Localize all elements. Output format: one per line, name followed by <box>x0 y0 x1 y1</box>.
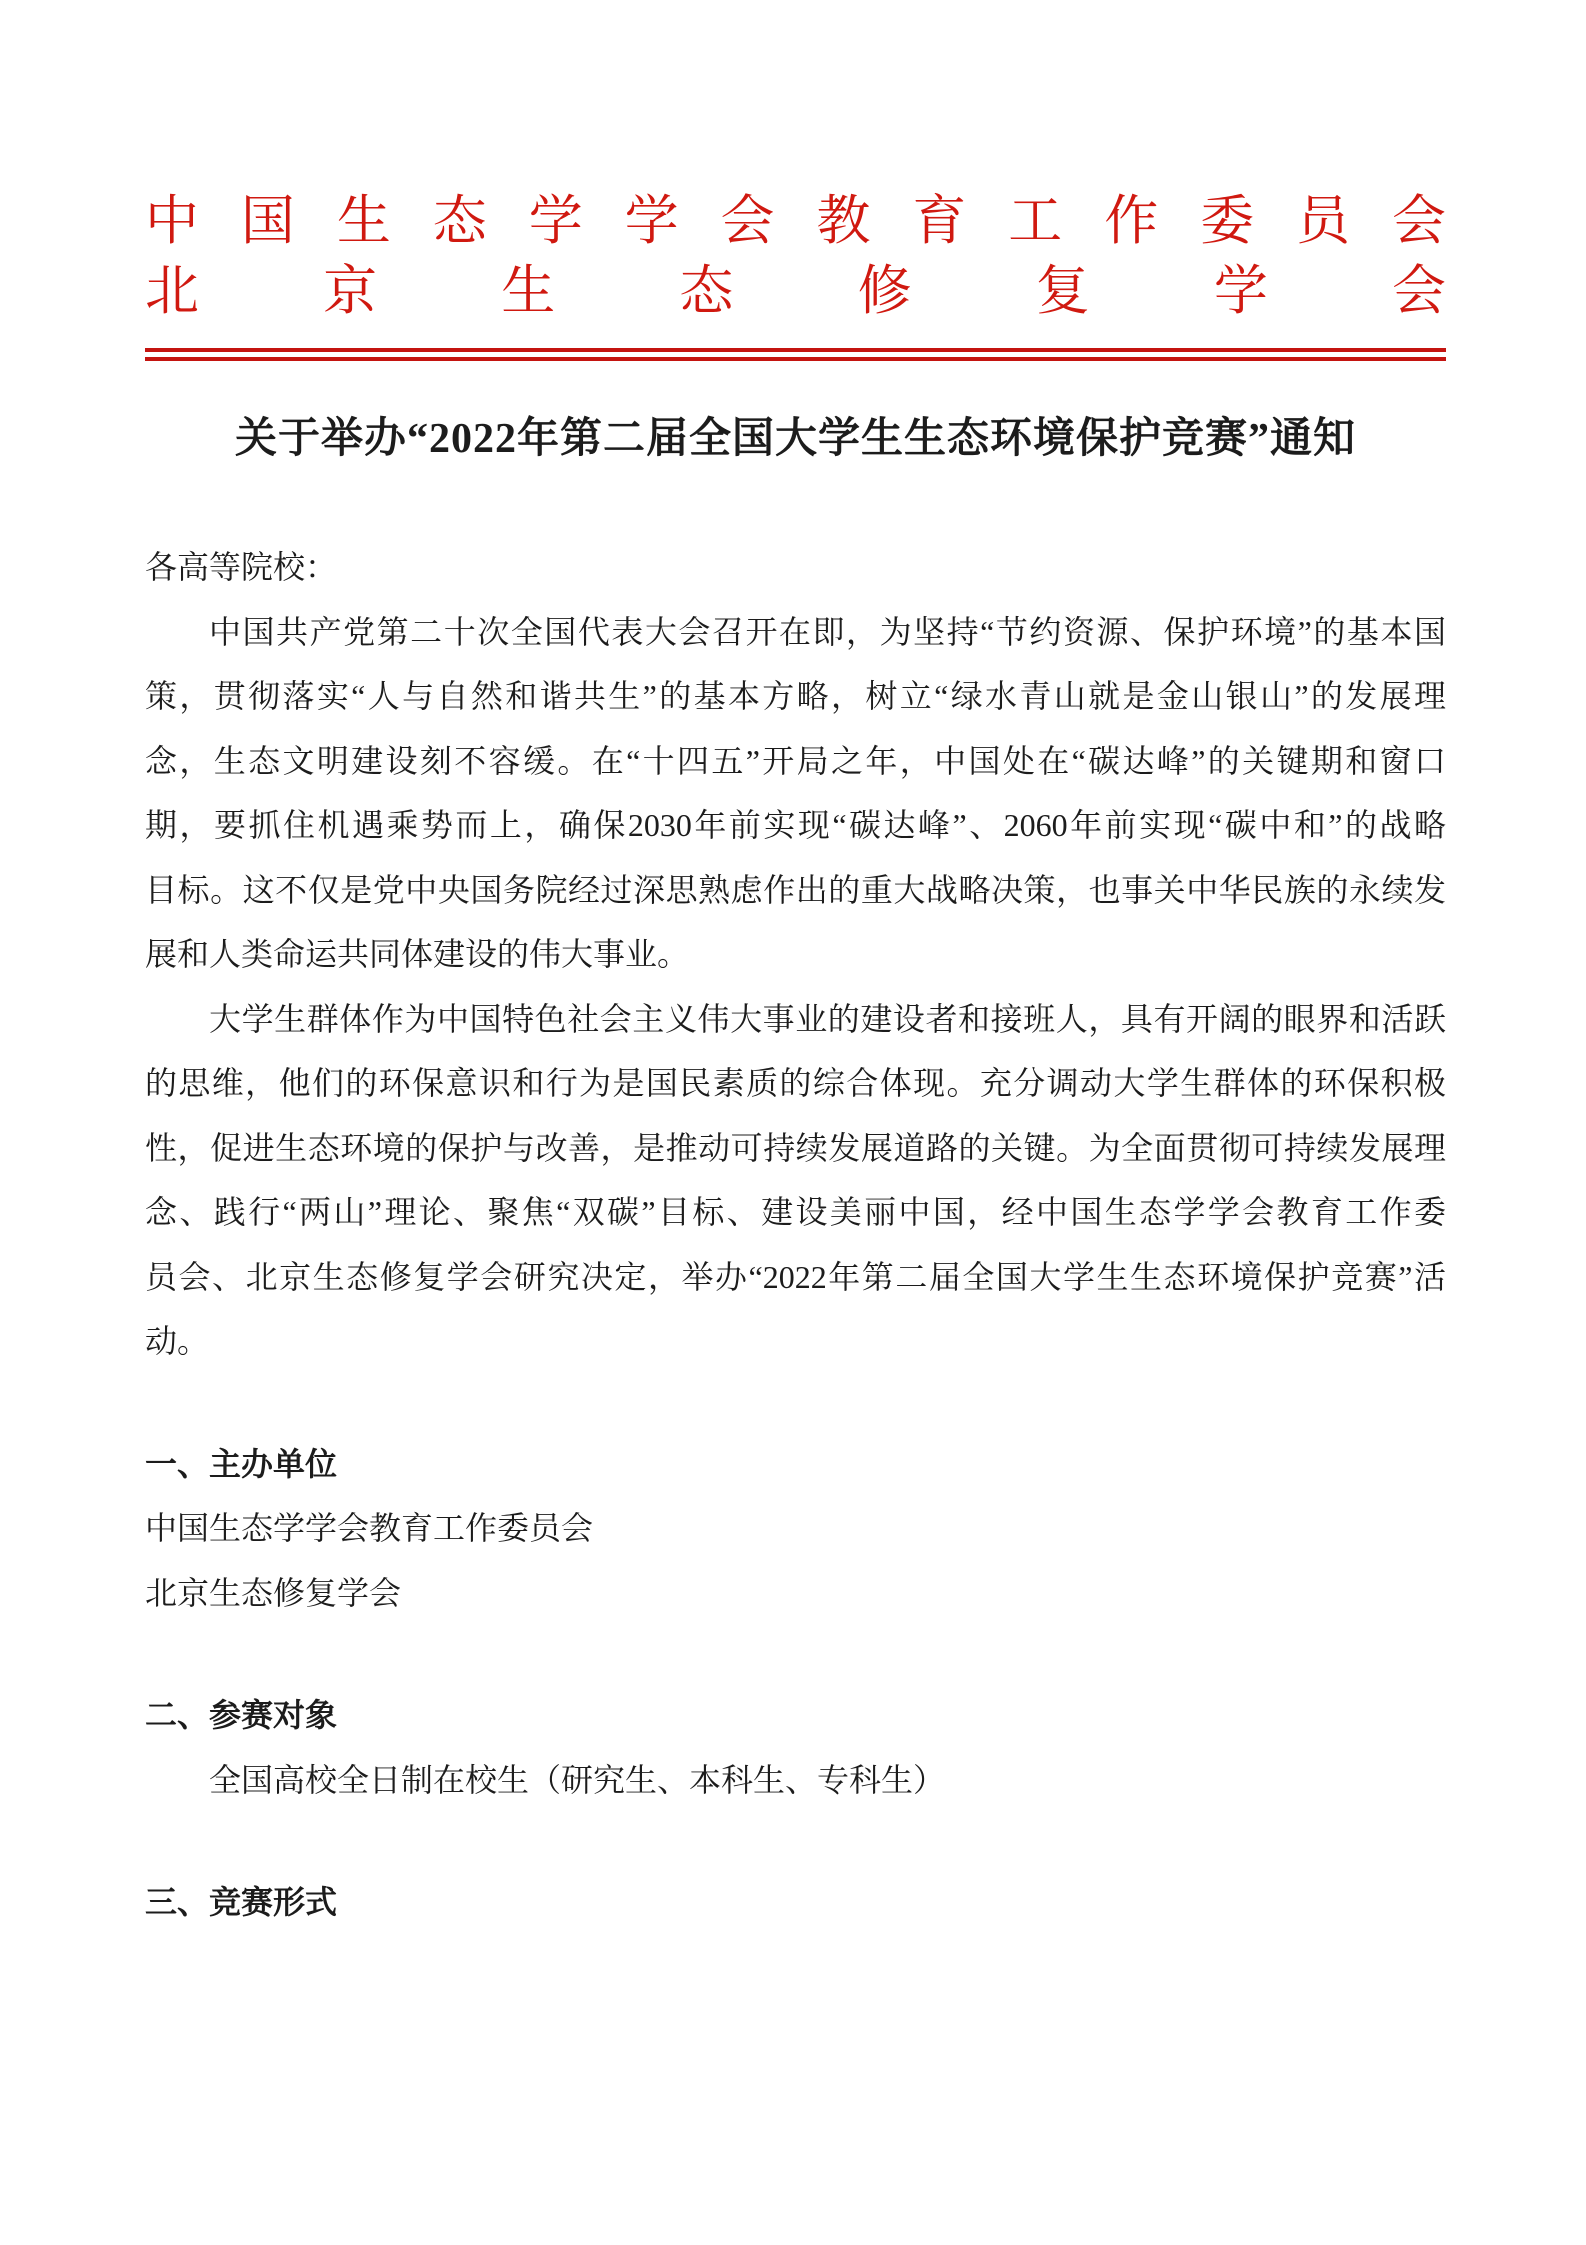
body-line: 目标。这不仅是党中央国务院经过深思熟虑作出的重大战略决策，也事关中华民族的永续发 <box>145 858 1446 923</box>
letterhead: 中国生态学学会教育工作委员会 北京生态修复学会 <box>145 186 1446 361</box>
body-line: 的思维，他们的环保意识和行为是国民素质的综合体现。充分调动大学生群体的环保积极 <box>145 1051 1446 1116</box>
body-line: 念，生态文明建设刻不容缓。在“十四五”开局之年，中国处在“碳达峰”的关键期和窗口 <box>145 729 1446 794</box>
body-line: 大学生群体作为中国特色社会主义伟大事业的建设者和接班人，具有开阔的眼界和活跃 <box>145 987 1446 1052</box>
letterhead-double-rule <box>145 348 1446 361</box>
section-competition-format: 三、竞赛形式 <box>145 1870 1446 1935</box>
body-line: 策，贯彻落实“人与自然和谐共生”的基本方略，树立“绿水青山就是金山银山”的发展理 <box>145 664 1446 729</box>
salutation: 各高等院校： <box>145 535 1446 600</box>
section-line: 北京生态修复学会 <box>145 1561 1446 1626</box>
section-line: 中国生态学学会教育工作委员会 <box>145 1496 1446 1561</box>
body-line: 性，促进生态环境的保护与改善，是推动可持续发展道路的关键。为全面贯彻可持续发展理 <box>145 1116 1446 1181</box>
document-page: 中国生态学学会教育工作委员会 北京生态修复学会 关于举办“2022年第二届全国大… <box>0 0 1586 2245</box>
section-heading: 二、参赛对象 <box>145 1683 1446 1748</box>
body-paragraph-1: 中国共产党第二十次全国代表大会召开在即，为坚持“节约资源、保护环境”的基本国 策… <box>145 600 1446 987</box>
section-heading: 一、主办单位 <box>145 1432 1446 1497</box>
body-line: 员会、北京生态修复学会研究决定，举办“2022年第二届全国大学生生态环境保护竞赛… <box>145 1245 1446 1310</box>
body-line: 念、践行“两山”理论、聚焦“双碳”目标、建设美丽中国，经中国生态学学会教育工作委 <box>145 1180 1446 1245</box>
letterhead-org-line-1: 中国生态学学会教育工作委员会 <box>145 186 1446 256</box>
section-line: 全国高校全日制在校生（研究生、本科生、专科生） <box>145 1748 1446 1813</box>
document-title: 关于举办“2022年第二届全国大学生生态环境保护竞赛”通知 <box>145 411 1446 467</box>
body-line: 期，要抓住机遇乘势而上，确保2030年前实现“碳达峰”、2060年前实现“碳中和… <box>145 793 1446 858</box>
body-line: 动。 <box>145 1309 1446 1374</box>
section-participants: 二、参赛对象 全国高校全日制在校生（研究生、本科生、专科生） <box>145 1683 1446 1812</box>
body-line: 中国共产党第二十次全国代表大会召开在即，为坚持“节约资源、保护环境”的基本国 <box>145 600 1446 665</box>
letterhead-org-line-2: 北京生态修复学会 <box>145 256 1446 326</box>
body-paragraph-2: 大学生群体作为中国特色社会主义伟大事业的建设者和接班人，具有开阔的眼界和活跃 的… <box>145 987 1446 1374</box>
section-organizers: 一、主办单位 中国生态学学会教育工作委员会 北京生态修复学会 <box>145 1432 1446 1626</box>
section-heading: 三、竞赛形式 <box>145 1870 1446 1935</box>
body-line: 展和人类命运共同体建设的伟大事业。 <box>145 922 1446 987</box>
